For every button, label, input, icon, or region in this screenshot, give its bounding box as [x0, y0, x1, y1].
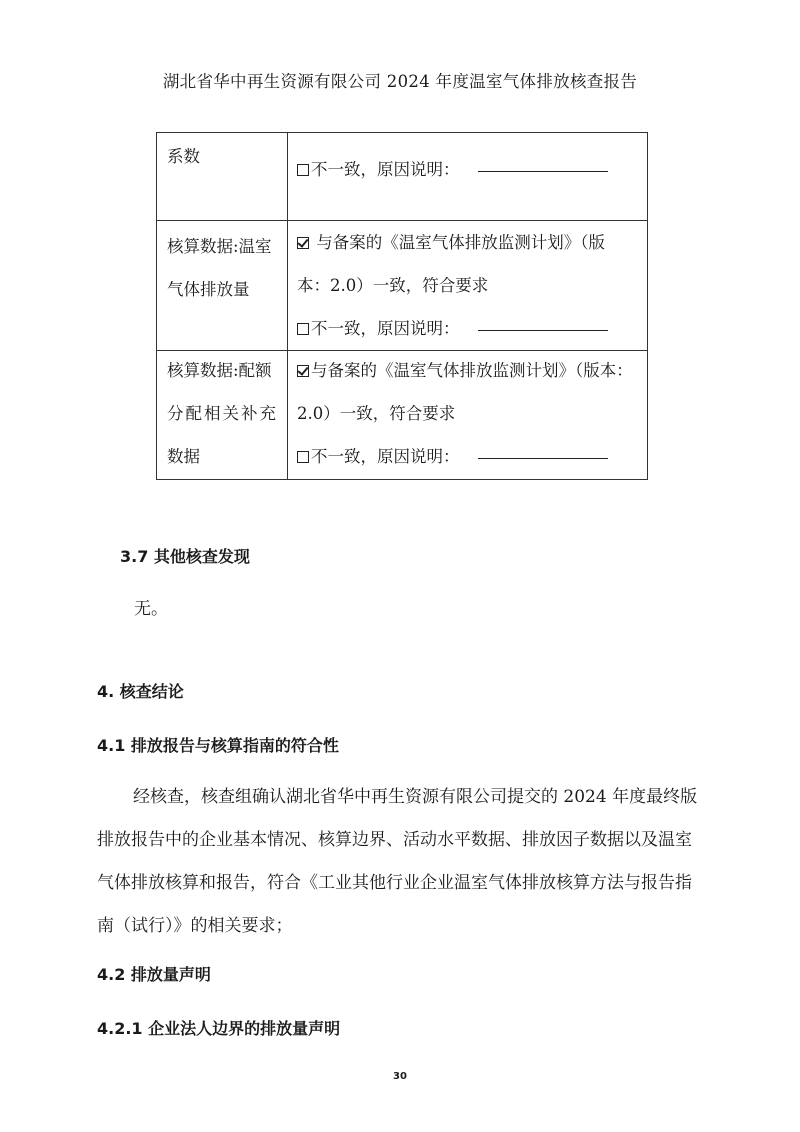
page-number: 30 [0, 1071, 800, 1082]
column-divider [287, 351, 288, 480]
row-content: 不一致，原因说明： [297, 148, 641, 191]
blank-line [478, 170, 608, 172]
checkbox-unchecked-icon[interactable] [297, 323, 309, 335]
checkbox-unchecked-icon[interactable] [297, 451, 309, 463]
blank-line [478, 457, 608, 459]
consistent-option: 与备案的《温室气体排放监测计划》（版本： [297, 349, 641, 392]
consistent-option: 与备案的《温室气体排放监测计划》（版 [297, 221, 641, 264]
row-label: 核算数据:温室 气体排放量 [167, 225, 283, 311]
page-header-title: 湖北省华中再生资源有限公司 2024 年度温室气体排放核查报告 [0, 68, 800, 92]
section-heading-4-2-1: 4.2.1 企业法人边界的排放量声明 [97, 1016, 340, 1039]
inconsistent-option: 不一致，原因说明： [297, 307, 641, 350]
section-heading-3-7: 3.7 其他核查发现 [120, 544, 250, 567]
checkbox-checked-icon[interactable] [297, 365, 309, 377]
section-heading-4: 4. 核查结论 [97, 679, 184, 702]
row-label: 核算数据:配额 分配相关补充 数据 [167, 349, 283, 478]
inconsistent-option: 不一致，原因说明： [297, 435, 641, 478]
section-heading-4-1: 4.1 排放报告与核算指南的符合性 [97, 733, 339, 756]
checkbox-unchecked-icon[interactable] [297, 164, 309, 176]
table-row: 系数 不一致，原因说明： [157, 133, 647, 221]
checkbox-checked-icon[interactable] [297, 237, 309, 249]
column-divider [287, 221, 288, 351]
row-content: 与备案的《温室气体排放监测计划》（版 本：2.0）一致，符合要求 不一致，原因说… [297, 221, 641, 350]
blank-line [478, 329, 608, 331]
section-4-1-body: 经核查，核查组确认湖北省华中再生资源有限公司提交的 2024 年度最终版 排放报… [97, 776, 717, 948]
section-heading-4-2: 4.2 排放量声明 [97, 962, 211, 985]
table-row: 核算数据:配额 分配相关补充 数据 与备案的《温室气体排放监测计划》（版本： 2… [157, 350, 647, 480]
section-3-7-body: 无。 [134, 597, 168, 621]
row-content: 与备案的《温室气体排放监测计划》（版本： 2.0）一致，符合要求 不一致，原因说… [297, 349, 641, 478]
row-label: 系数 [167, 135, 283, 178]
column-divider [287, 133, 288, 221]
table-row: 核算数据:温室 气体排放量 与备案的《温室气体排放监测计划》（版 本：2.0）一… [157, 220, 647, 351]
inconsistent-option: 不一致，原因说明： [297, 148, 641, 191]
verification-table: 系数 不一致，原因说明： 核算数据:温室 气体排放量 与备案的《温室气体排放监测… [156, 132, 648, 480]
